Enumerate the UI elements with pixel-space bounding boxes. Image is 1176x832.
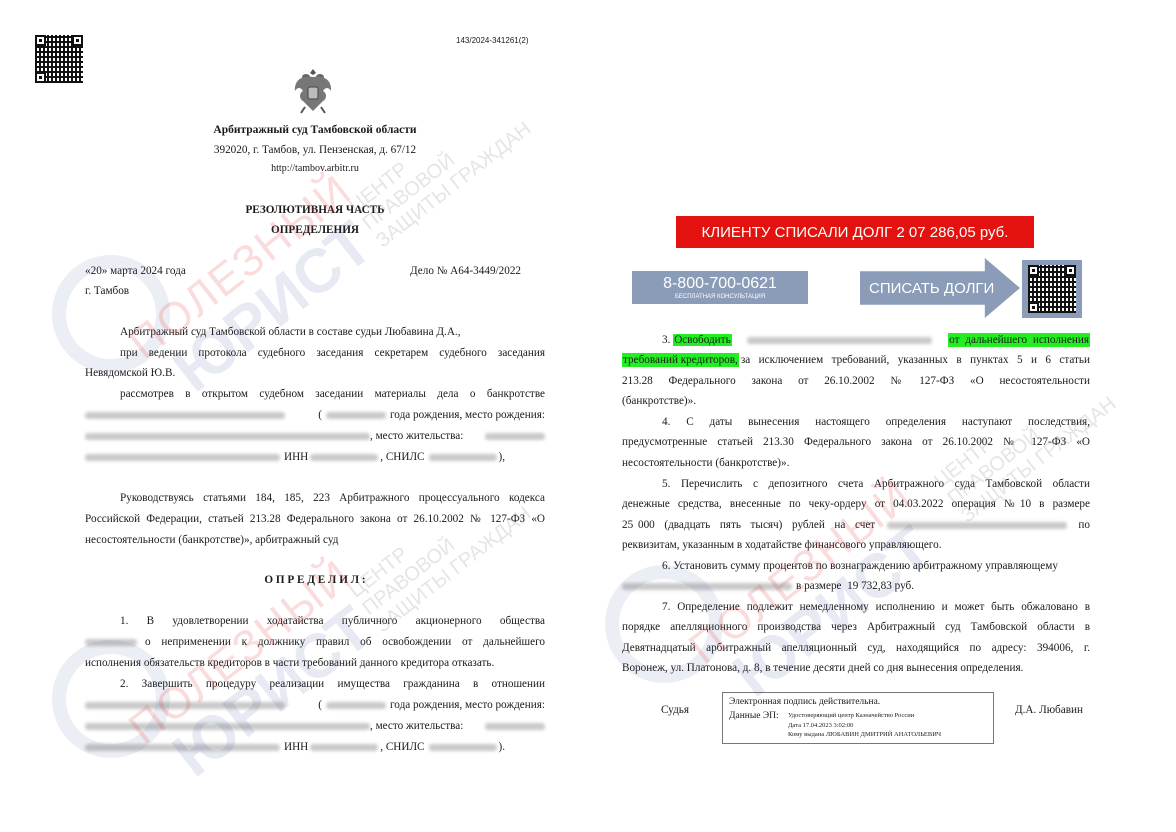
item-6-line-2: в размере 19 732,83 руб. (622, 579, 914, 593)
decision-date: «20» марта 2024 года (85, 264, 186, 278)
item-4-line-3: несостоятельности (банкротстве)». (622, 456, 789, 470)
qr-code-icon (35, 35, 83, 83)
redacted-address (485, 433, 545, 440)
item-7-line-3: Девятнадцатый арбитражный апелляционный … (622, 641, 1090, 655)
redacted-name (85, 702, 285, 709)
debt-written-off-banner: КЛИЕНТУ СПИСАЛИ ДОЛГ 2 07 286,05 руб. (676, 216, 1034, 248)
redacted-manager-name (622, 583, 792, 590)
write-off-debts-button[interactable]: СПИСАТЬ ДОЛГИ (860, 258, 1020, 318)
item-7-line-4: Воронеж, ул. Платонова, д. 8, в течение … (622, 661, 1023, 675)
item-5-line-2: денежные средства, внесенные по чеку-орд… (622, 497, 1090, 511)
redacted-name (85, 412, 285, 419)
promo-qr-frame (1022, 260, 1082, 318)
intro-line-2: при ведении протокола судебного заседани… (120, 346, 545, 360)
redacted-inn (310, 454, 378, 461)
title-line-1: РЕЗОЛЮТИВНАЯ ЧАСТЬ (0, 203, 630, 217)
electronic-signature-box: Электронная подпись действительна. Данны… (722, 692, 994, 744)
item-6-line-1: 6. Установить сумму процентов по вознагр… (662, 559, 1058, 573)
basis-line-3: несостоятельности (банкротстве)», арбитр… (85, 533, 338, 547)
coat-of-arms-icon (291, 65, 335, 115)
item-3-line-2: требований кредиторов, за исключением тр… (622, 353, 1090, 367)
redacted-birthplace (85, 433, 370, 440)
redacted-snils (429, 744, 497, 751)
intro-line-5: (года рождения, место рождения: (85, 408, 545, 422)
intro-line-4: рассмотрев в открытом судебном заседании… (120, 387, 545, 401)
es-date: Дата 17.04.2023 3:02:00 (788, 721, 853, 730)
redacted-address (485, 723, 545, 730)
title-line-2: ОПРЕДЕЛЕНИЯ (0, 223, 630, 237)
redacted-birthdate (326, 412, 386, 419)
highlight-creditor-claims: требований кредиторов, (622, 353, 739, 367)
court-name: Арбитражный суд Тамбовской области (0, 123, 630, 137)
item-5-line-1: 5. Перечислить с депозитного счета Арбит… (662, 477, 1090, 491)
item-2-line-4: ИНН , СНИЛС ). (85, 740, 545, 754)
highlight-from-obligations: от дальнейшего исполнения (948, 333, 1090, 347)
city: г. Тамбов (85, 284, 129, 298)
item-3-line-1: 3. Освободить от дальнейшего исполнения (662, 333, 1090, 347)
court-address: 392020, г. Тамбов, ул. Пензенская, д. 67… (0, 143, 630, 157)
item-4-line-2: предусмотренные статьей 213.30 Федеральн… (622, 435, 1090, 449)
highlight-release: Освободить (673, 334, 731, 346)
item-2-line-1: 2. Завершить процедуру реализации имущес… (120, 677, 545, 691)
document-number: 143/2024-341261(2) (456, 34, 529, 48)
qr-code-icon[interactable] (1028, 265, 1076, 313)
item-7-line-2: порядке апелляционного производства чере… (622, 620, 1090, 634)
item-1-line-1: 1. В удовлетворении ходатайства публично… (120, 614, 545, 628)
item-5-line-3: 25 000 (двадцать пять тысяч) рублей на с… (622, 518, 1090, 532)
item-2-line-3: , место жительства: (85, 719, 545, 733)
case-number: Дело № А64-3449/2022 (410, 264, 521, 278)
court-url[interactable]: http://tambov.arbitr.ru (0, 162, 630, 176)
redacted-manager-name (887, 522, 1067, 529)
intro-line-7: ИНН , СНИЛС ), (85, 450, 545, 464)
watermark-text-blue: ЮРИСТ (160, 208, 386, 406)
item-5-line-4: реквизитам, указанным в ходатайстве фина… (622, 538, 942, 552)
es-owner: Кому выдана ЛЮБАВИН ДМИТРИЙ АНАТОЛЬЕВИЧ (788, 730, 941, 739)
redacted-debtor-name (747, 337, 932, 344)
basis-line-2: Российской Федерации, статьей 213.28 Фед… (85, 512, 545, 526)
judge-name: Д.А. Любавин (1015, 703, 1083, 717)
item-7-line-1: 7. Определение подлежит немедленному исп… (662, 600, 1090, 614)
phone-caption: БЕСПЛАТНАЯ КОНСУЛЬТАЦИЯ (632, 293, 808, 301)
intro-line-3: Невядомской Ю.В. (85, 366, 175, 380)
redacted-birthdate (326, 702, 386, 709)
intro-line-1: Арбитражный суд Тамбовской области в сос… (120, 325, 461, 339)
decided-heading: О П Р Е Д Е Л И Л : (0, 573, 630, 587)
item-1-line-3: исполнения обязательств кредиторов в час… (85, 656, 494, 670)
phone-number: 8-800-700-0621 (632, 274, 808, 293)
es-data-label: Данные ЭП: (729, 709, 779, 723)
item-3-line-4: (банкротстве)». (622, 394, 696, 408)
es-valid: Электронная подпись действительна. (729, 695, 880, 709)
redacted-inn (310, 744, 378, 751)
basis-line-1: Руководствуясь статьями 184, 185, 223 Ар… (120, 491, 545, 505)
redacted-address (85, 744, 280, 751)
item-4-line-1: 4. С даты вынесения настоящего определен… (662, 415, 1090, 429)
redacted-snils (429, 454, 497, 461)
item-2-line-2: (года рождения, место рождения: (85, 698, 545, 712)
redacted-birthplace (85, 723, 370, 730)
intro-line-6: , место жительства: (85, 429, 545, 443)
phone-consultation-button[interactable]: 8-800-700-0621 БЕСПЛАТНАЯ КОНСУЛЬТАЦИЯ (632, 271, 808, 304)
redacted-creditor (85, 639, 137, 646)
es-issuer: Удостоверяющий центр Казначейство России (788, 711, 914, 720)
judge-label: Судья (661, 703, 689, 717)
item-1-line-2: о неприменении к должнику правил об осво… (85, 635, 545, 649)
item-3-line-3: 213.28 Федерального закона от 26.10.2002… (622, 374, 1090, 388)
redacted-address (85, 454, 280, 461)
